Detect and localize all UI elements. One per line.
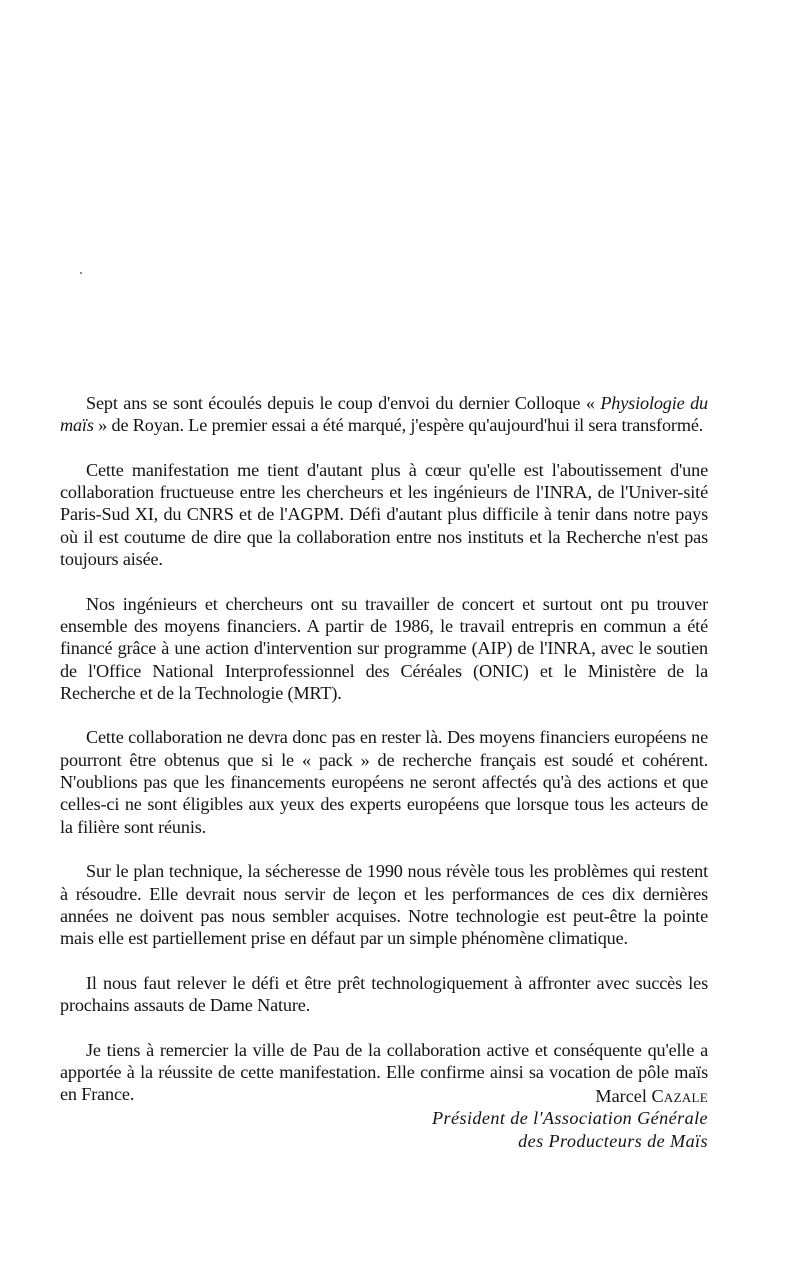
scan-speck	[80, 272, 82, 274]
paragraph-6: Il nous faut relever le défi et être prê…	[60, 972, 708, 1017]
paragraph-2: Cette manifestation me tient d'autant pl…	[60, 459, 708, 570]
signatory-first-name: Marcel	[595, 1086, 647, 1106]
paragraph-4: Cette collaboration ne devra donc pas en…	[60, 726, 708, 837]
signatory-name: Marcel Cazale	[432, 1085, 708, 1107]
signatory-title-line-1: Président de l'Association Générale	[432, 1107, 708, 1129]
paragraph-5: Sur le plan technique, la sécheresse de …	[60, 860, 708, 949]
paragraph-1: Sept ans se sont écoulés depuis le coup …	[60, 392, 708, 437]
signatory-title-line-2: des Producteurs de Maïs	[432, 1130, 708, 1152]
signatory-last-name: Cazale	[651, 1086, 708, 1106]
document-body: Sept ans se sont écoulés depuis le coup …	[60, 392, 708, 1106]
paragraph-3: Nos ingénieurs et chercheurs ont su trav…	[60, 593, 708, 704]
paragraph-1-text-b: » de Royan. Le premier essai a été marqu…	[94, 415, 703, 435]
signature-block: Marcel Cazale Président de l'Association…	[432, 1085, 708, 1152]
paragraph-1-text-a: Sept ans se sont écoulés depuis le coup …	[86, 393, 600, 413]
